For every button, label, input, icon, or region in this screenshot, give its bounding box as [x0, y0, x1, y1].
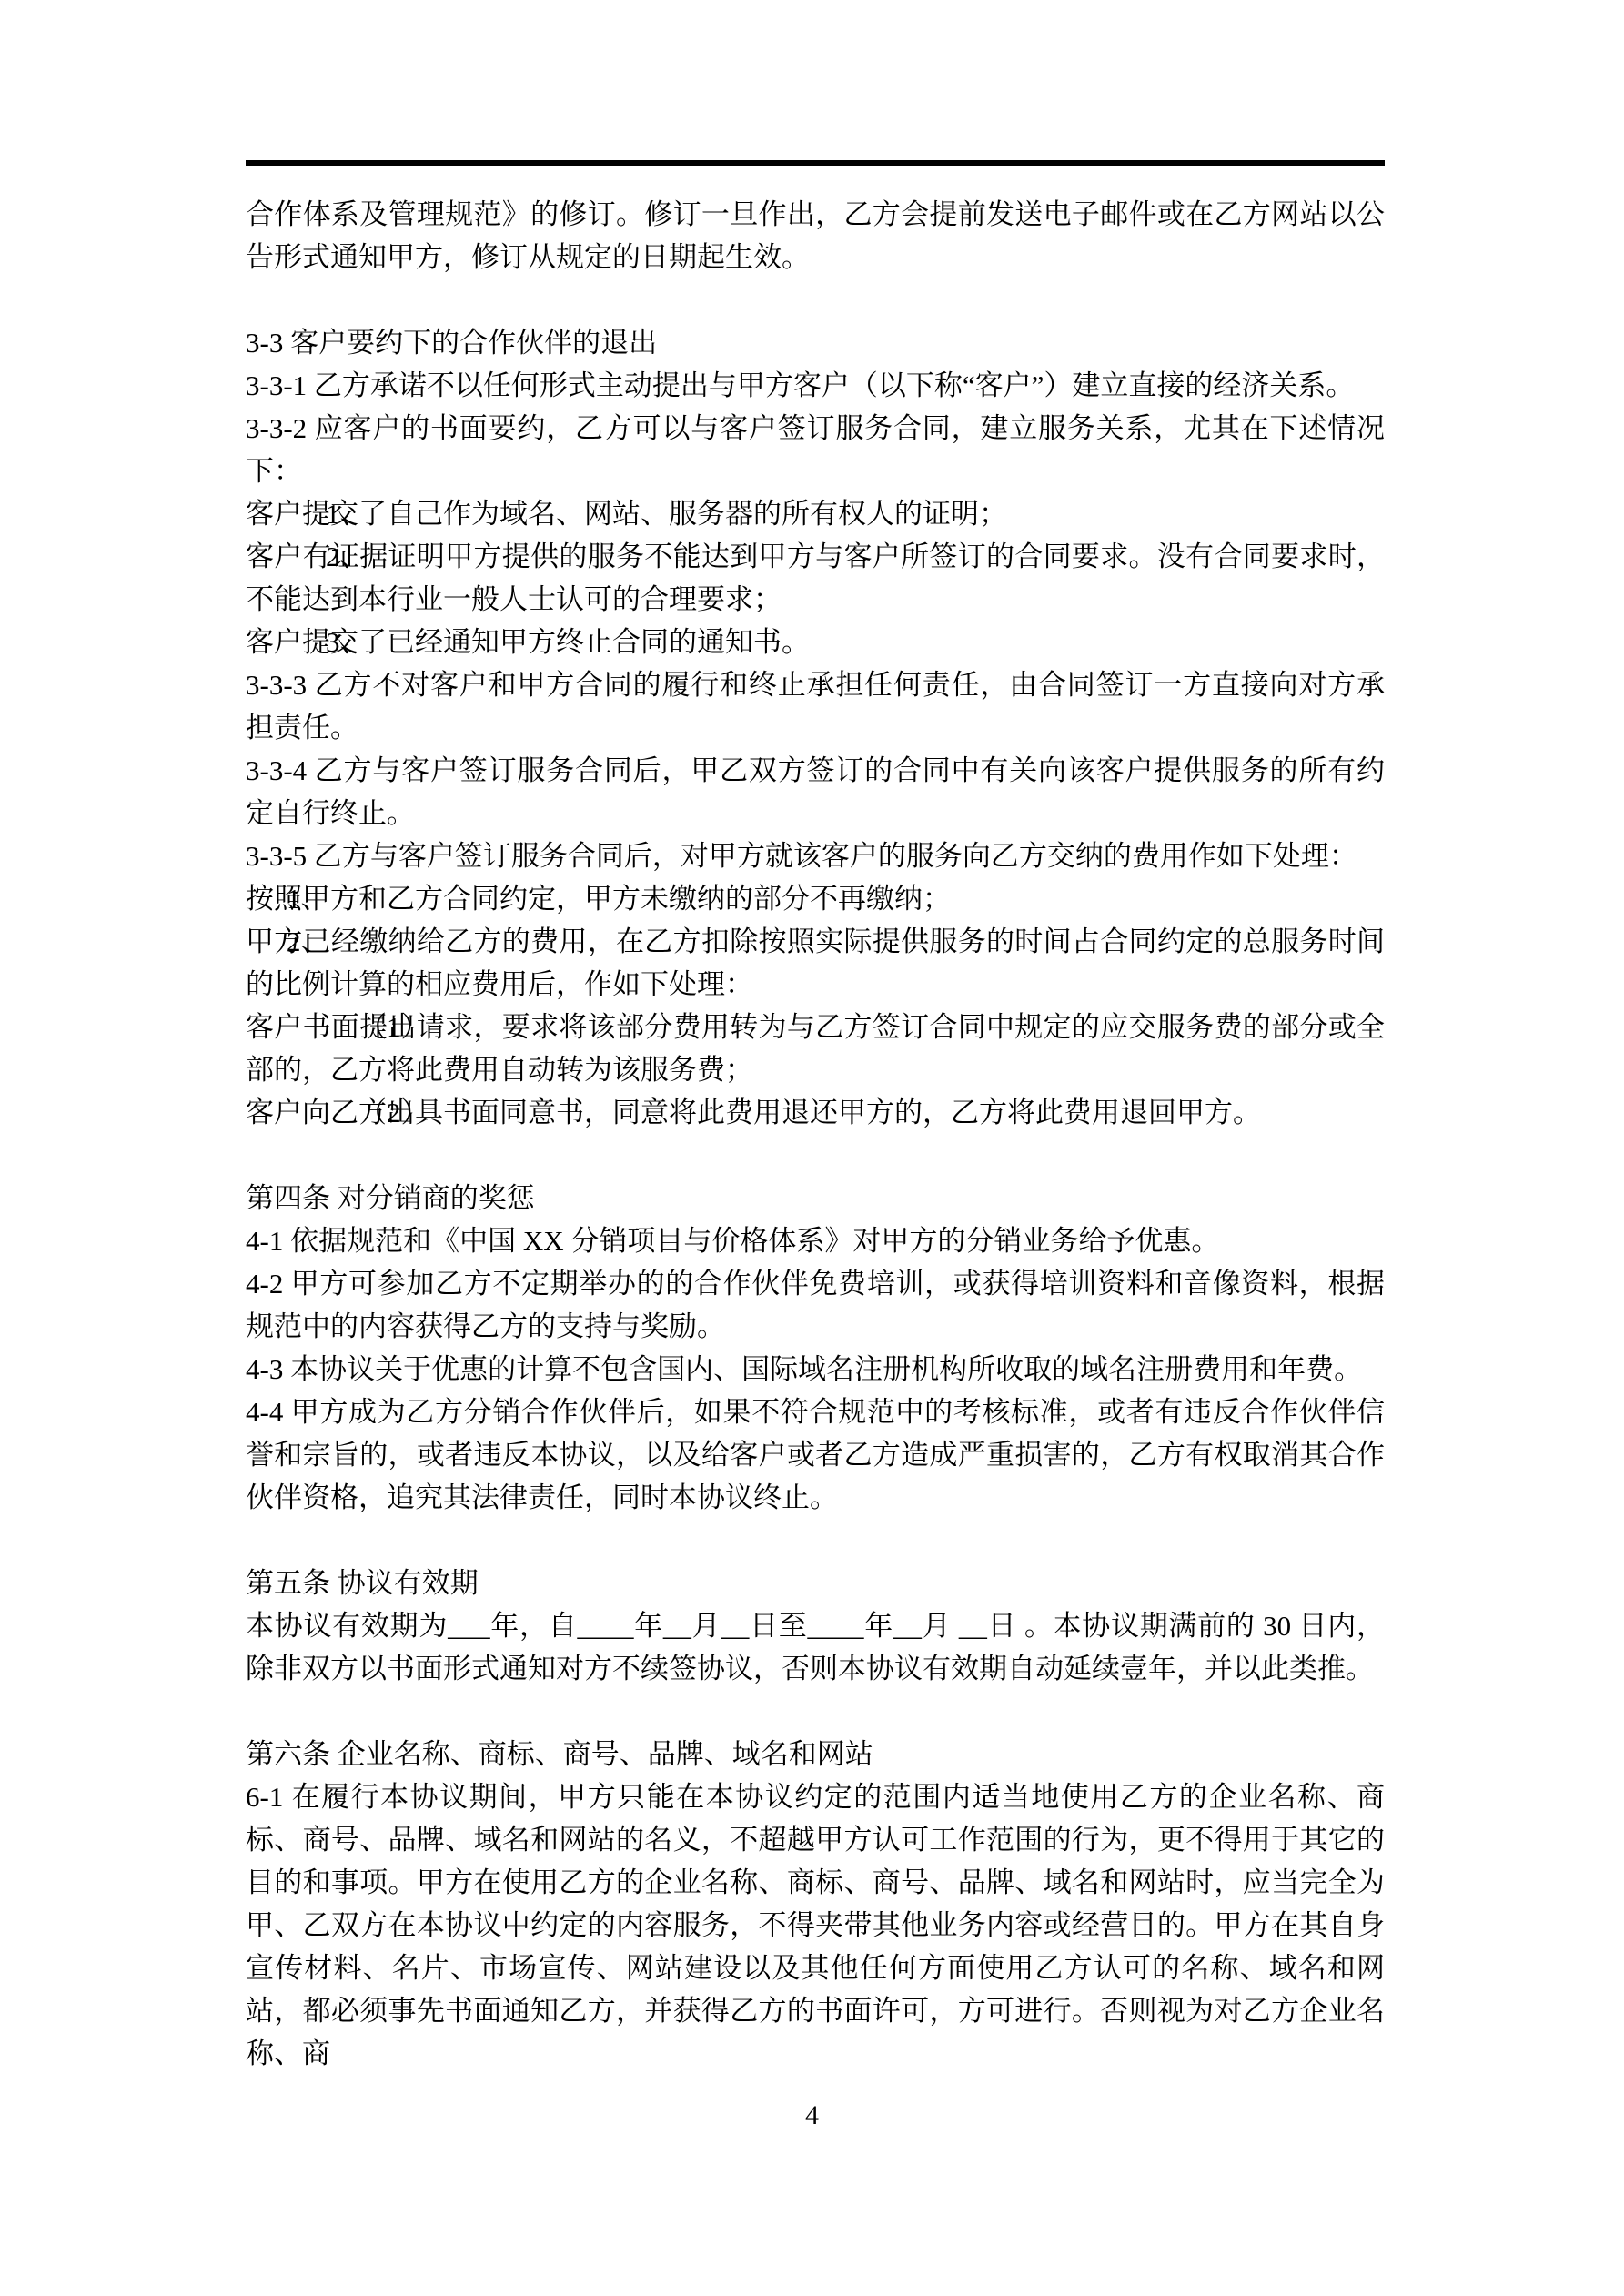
paragraph: 4-3 本协议关于优惠的计算不包含国内、国际域名注册机构所收取的域名注册费用和年…	[246, 1348, 1385, 1391]
blank-line	[246, 1519, 1385, 1562]
list-number: 2、	[287, 920, 329, 963]
document-body: 合作体系及管理规范》的修订。修订一旦作出，乙方会提前发送电子邮件或在乙方网站以公…	[246, 193, 1385, 2075]
section-heading: 第五条 协议有效期	[246, 1562, 1385, 1604]
blank-line	[246, 1690, 1385, 1733]
list-item: 2、 甲方已经缴纳给乙方的费用，在乙方扣除按照实际提供服务的时间占合同约定的总服…	[246, 920, 1385, 1006]
list-number: （1）	[358, 1006, 429, 1048]
section-heading: 第六条 企业名称、商标、商号、品牌、域名和网站	[246, 1733, 1385, 1775]
list-text: 甲方已经缴纳给乙方的费用，在乙方扣除按照实际提供服务的时间占合同约定的总服务时间…	[246, 925, 1385, 1000]
paragraph: 合作体系及管理规范》的修订。修订一旦作出，乙方会提前发送电子邮件或在乙方网站以公…	[246, 193, 1385, 278]
list-item: （2） 客户向乙方出具书面同意书，同意将此费用退还甲方的，乙方将此费用退回甲方。	[246, 1091, 1385, 1134]
list-item: 1、 按照甲方和乙方合同约定，甲方未缴纳的部分不再缴纳；	[246, 877, 1385, 920]
paragraph: 3-3-2 应客户的书面要约，乙方可以与客户签订服务合同，建立服务关系，尤其在下…	[246, 407, 1385, 492]
list-text: 客户有证据证明甲方提供的服务不能达到甲方与客户所签订的合同要求。没有合同要求时，…	[246, 541, 1385, 615]
list-number: （2）	[358, 1091, 429, 1134]
list-number: 3、	[326, 621, 368, 663]
list-number: 1、	[326, 492, 368, 535]
paragraph: 3-3-3 乙方不对客户和甲方合同的履行和终止承担任何责任，由合同签订一方直接向…	[246, 663, 1385, 749]
list-item: 1、 客户提交了自己作为域名、网站、服务器的所有权人的证明；	[246, 492, 1385, 535]
paragraph: 6-1 在履行本协议期间，甲方只能在本协议约定的范围内适当地使用乙方的企业名称、…	[246, 1775, 1385, 2075]
paragraph: 3-3-5 乙方与客户签订服务合同后，对甲方就该客户的服务向乙方交纳的费用作如下…	[246, 834, 1385, 877]
paragraph: 3-3-4 乙方与客户签订服务合同后，甲乙双方签订的合同中有关向该客户提供服务的…	[246, 749, 1385, 834]
list-number: 2、	[326, 535, 368, 578]
section-heading: 3-3 客户要约下的合作伙伴的退出	[246, 321, 1385, 364]
paragraph: 本协议有效期为___年，自____年__月__日至____年__月 __日 。本…	[246, 1604, 1385, 1690]
paragraph: 4-2 甲方可参加乙方不定期举办的的合作伙伴免费培训，或获得培训资料和音像资料，…	[246, 1262, 1385, 1348]
paragraph: 4-4 甲方成为乙方分销合作伙伴后，如果不符合规范中的考核标准，或者有违反合作伙…	[246, 1391, 1385, 1519]
list-text: 按照甲方和乙方合同约定，甲方未缴纳的部分不再缴纳；	[246, 883, 951, 915]
section-heading: 第四条 对分销商的奖惩	[246, 1177, 1385, 1219]
paragraph: 4-1 依据规范和《中国 XX 分销项目与价格体系》对甲方的分销业务给予优惠。	[246, 1219, 1385, 1262]
list-item: 2、 客户有证据证明甲方提供的服务不能达到甲方与客户所签订的合同要求。没有合同要…	[246, 535, 1385, 621]
list-number: 1、	[287, 877, 329, 920]
header-rule	[246, 160, 1385, 166]
paragraph: 3-3-1 乙方承诺不以任何形式主动提出与甲方客户（以下称“客户”）建立直接的经…	[246, 364, 1385, 407]
blank-line	[246, 278, 1385, 321]
document-page: 合作体系及管理规范》的修订。修订一旦作出，乙方会提前发送电子邮件或在乙方网站以公…	[0, 0, 1624, 2296]
page-number: 4	[0, 2098, 1624, 2134]
list-item: （1） 客户书面提出请求，要求将该部分费用转为与乙方签订合同中规定的应交服务费的…	[246, 1006, 1385, 1091]
blank-line	[246, 1134, 1385, 1177]
list-item: 3、 客户提交了已经通知甲方终止合同的通知书。	[246, 621, 1385, 663]
